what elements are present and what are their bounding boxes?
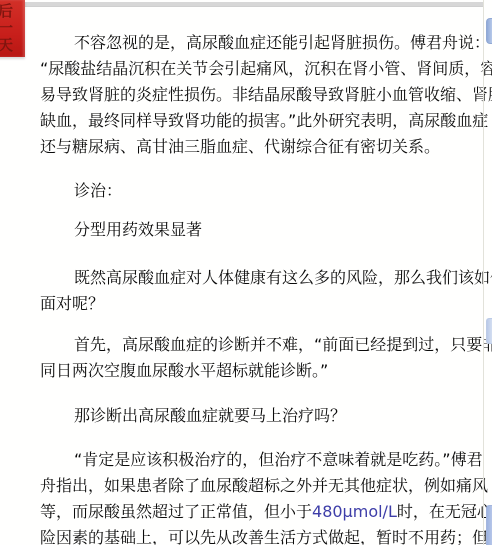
paragraph-diagnosis-method: 首先，高尿酸血症的诊断并不难，“前面已经提到过，只要非 同日两次空腹血尿酸水平超… bbox=[40, 332, 470, 384]
text-segment: 等，而尿酸虽然超过了正常值，但小于 bbox=[40, 502, 312, 521]
paragraph-kidney-damage: 不容忽视的是，高尿酸血症还能引起肾脏损伤。傅君舟说： “尿酸盐结晶沉积在关节会引… bbox=[40, 30, 470, 160]
top-divider bbox=[0, 2, 483, 7]
promo-badge[interactable]: 后 一 天 bbox=[0, 0, 25, 57]
text-line: 还与糖尿病、高甘油三脂血症、代谢综合征有密切关系。 bbox=[40, 134, 470, 160]
text-line: 同日两次空腹血尿酸水平超标就能诊断。” bbox=[40, 358, 470, 384]
text-segment: 时，在无冠心病危 bbox=[397, 502, 492, 521]
text-line: 险因素的基础上，可以先从改善生活方式做起，暂时不用药；但如 bbox=[40, 525, 470, 545]
text-line: 首先，高尿酸血症的诊断并不难，“前面已经提到过，只要非 bbox=[40, 332, 470, 358]
text-line-with-link: 等，而尿酸虽然超过了正常值，但小于480μmol/L时，在无冠心病危 bbox=[40, 499, 470, 525]
text-line: 那诊断出高尿酸血症就要马上治疗吗？ bbox=[40, 403, 470, 429]
paragraph-subheading: 分型用药效果显著 bbox=[40, 217, 470, 243]
paragraph-risk-question: 既然高尿酸血症对人体健康有这么多的风险，那么我们该如何 面对呢？ bbox=[40, 265, 470, 317]
paragraph-treatment-question: 那诊断出高尿酸血症就要马上治疗吗？ bbox=[40, 403, 470, 429]
side-widget-fragment-bottom[interactable] bbox=[486, 505, 492, 545]
text-line: 易导致肾脏的炎症性损伤。非结晶尿酸导致肾脏小血管收缩、肾脏 bbox=[40, 82, 470, 108]
text-line: 缺血，最终同样导致肾功能的损害。”此外研究表明，高尿酸血症 bbox=[40, 108, 470, 134]
text-line: 分型用药效果显著 bbox=[40, 217, 470, 243]
text-line: 面对呢？ bbox=[40, 291, 470, 317]
text-line: “肯定是应该积极治疗的，但治疗不意味着就是吃药。”傅君 bbox=[40, 447, 470, 473]
side-widget-fragment-top[interactable] bbox=[486, 18, 492, 44]
promo-badge-char: 一 bbox=[0, 20, 13, 37]
uric-acid-value-link[interactable]: 480μmol/L bbox=[312, 502, 397, 521]
paragraph-treatment-advice: “肯定是应该积极治疗的，但治疗不意味着就是吃药。”傅君 舟指出，如果患者除了血尿… bbox=[40, 447, 470, 545]
promo-badge-char: 后 bbox=[0, 3, 13, 20]
text-line: 不容忽视的是，高尿酸血症还能引起肾脏损伤。傅君舟说： bbox=[40, 30, 470, 56]
paragraph-diagnosis-heading: 诊治： bbox=[40, 178, 470, 204]
text-line: “尿酸盐结晶沉积在关节会引起痛风，沉积在肾小管、肾间质，容 bbox=[40, 56, 470, 82]
text-line: 既然高尿酸血症对人体健康有这么多的风险，那么我们该如何 bbox=[40, 265, 470, 291]
article-page: 后 一 天 不容忽视的是，高尿酸血症还能引起肾脏损伤。傅君舟说： “尿酸盐结晶沉… bbox=[0, 0, 492, 545]
side-widget-fragment-middle[interactable] bbox=[486, 318, 492, 344]
text-line: 舟指出，如果患者除了血尿酸超标之外并无其他症状，例如痛风 bbox=[40, 473, 470, 499]
promo-badge-char: 天 bbox=[0, 37, 13, 54]
right-border-line bbox=[483, 0, 484, 545]
text-line: 诊治： bbox=[40, 178, 470, 204]
